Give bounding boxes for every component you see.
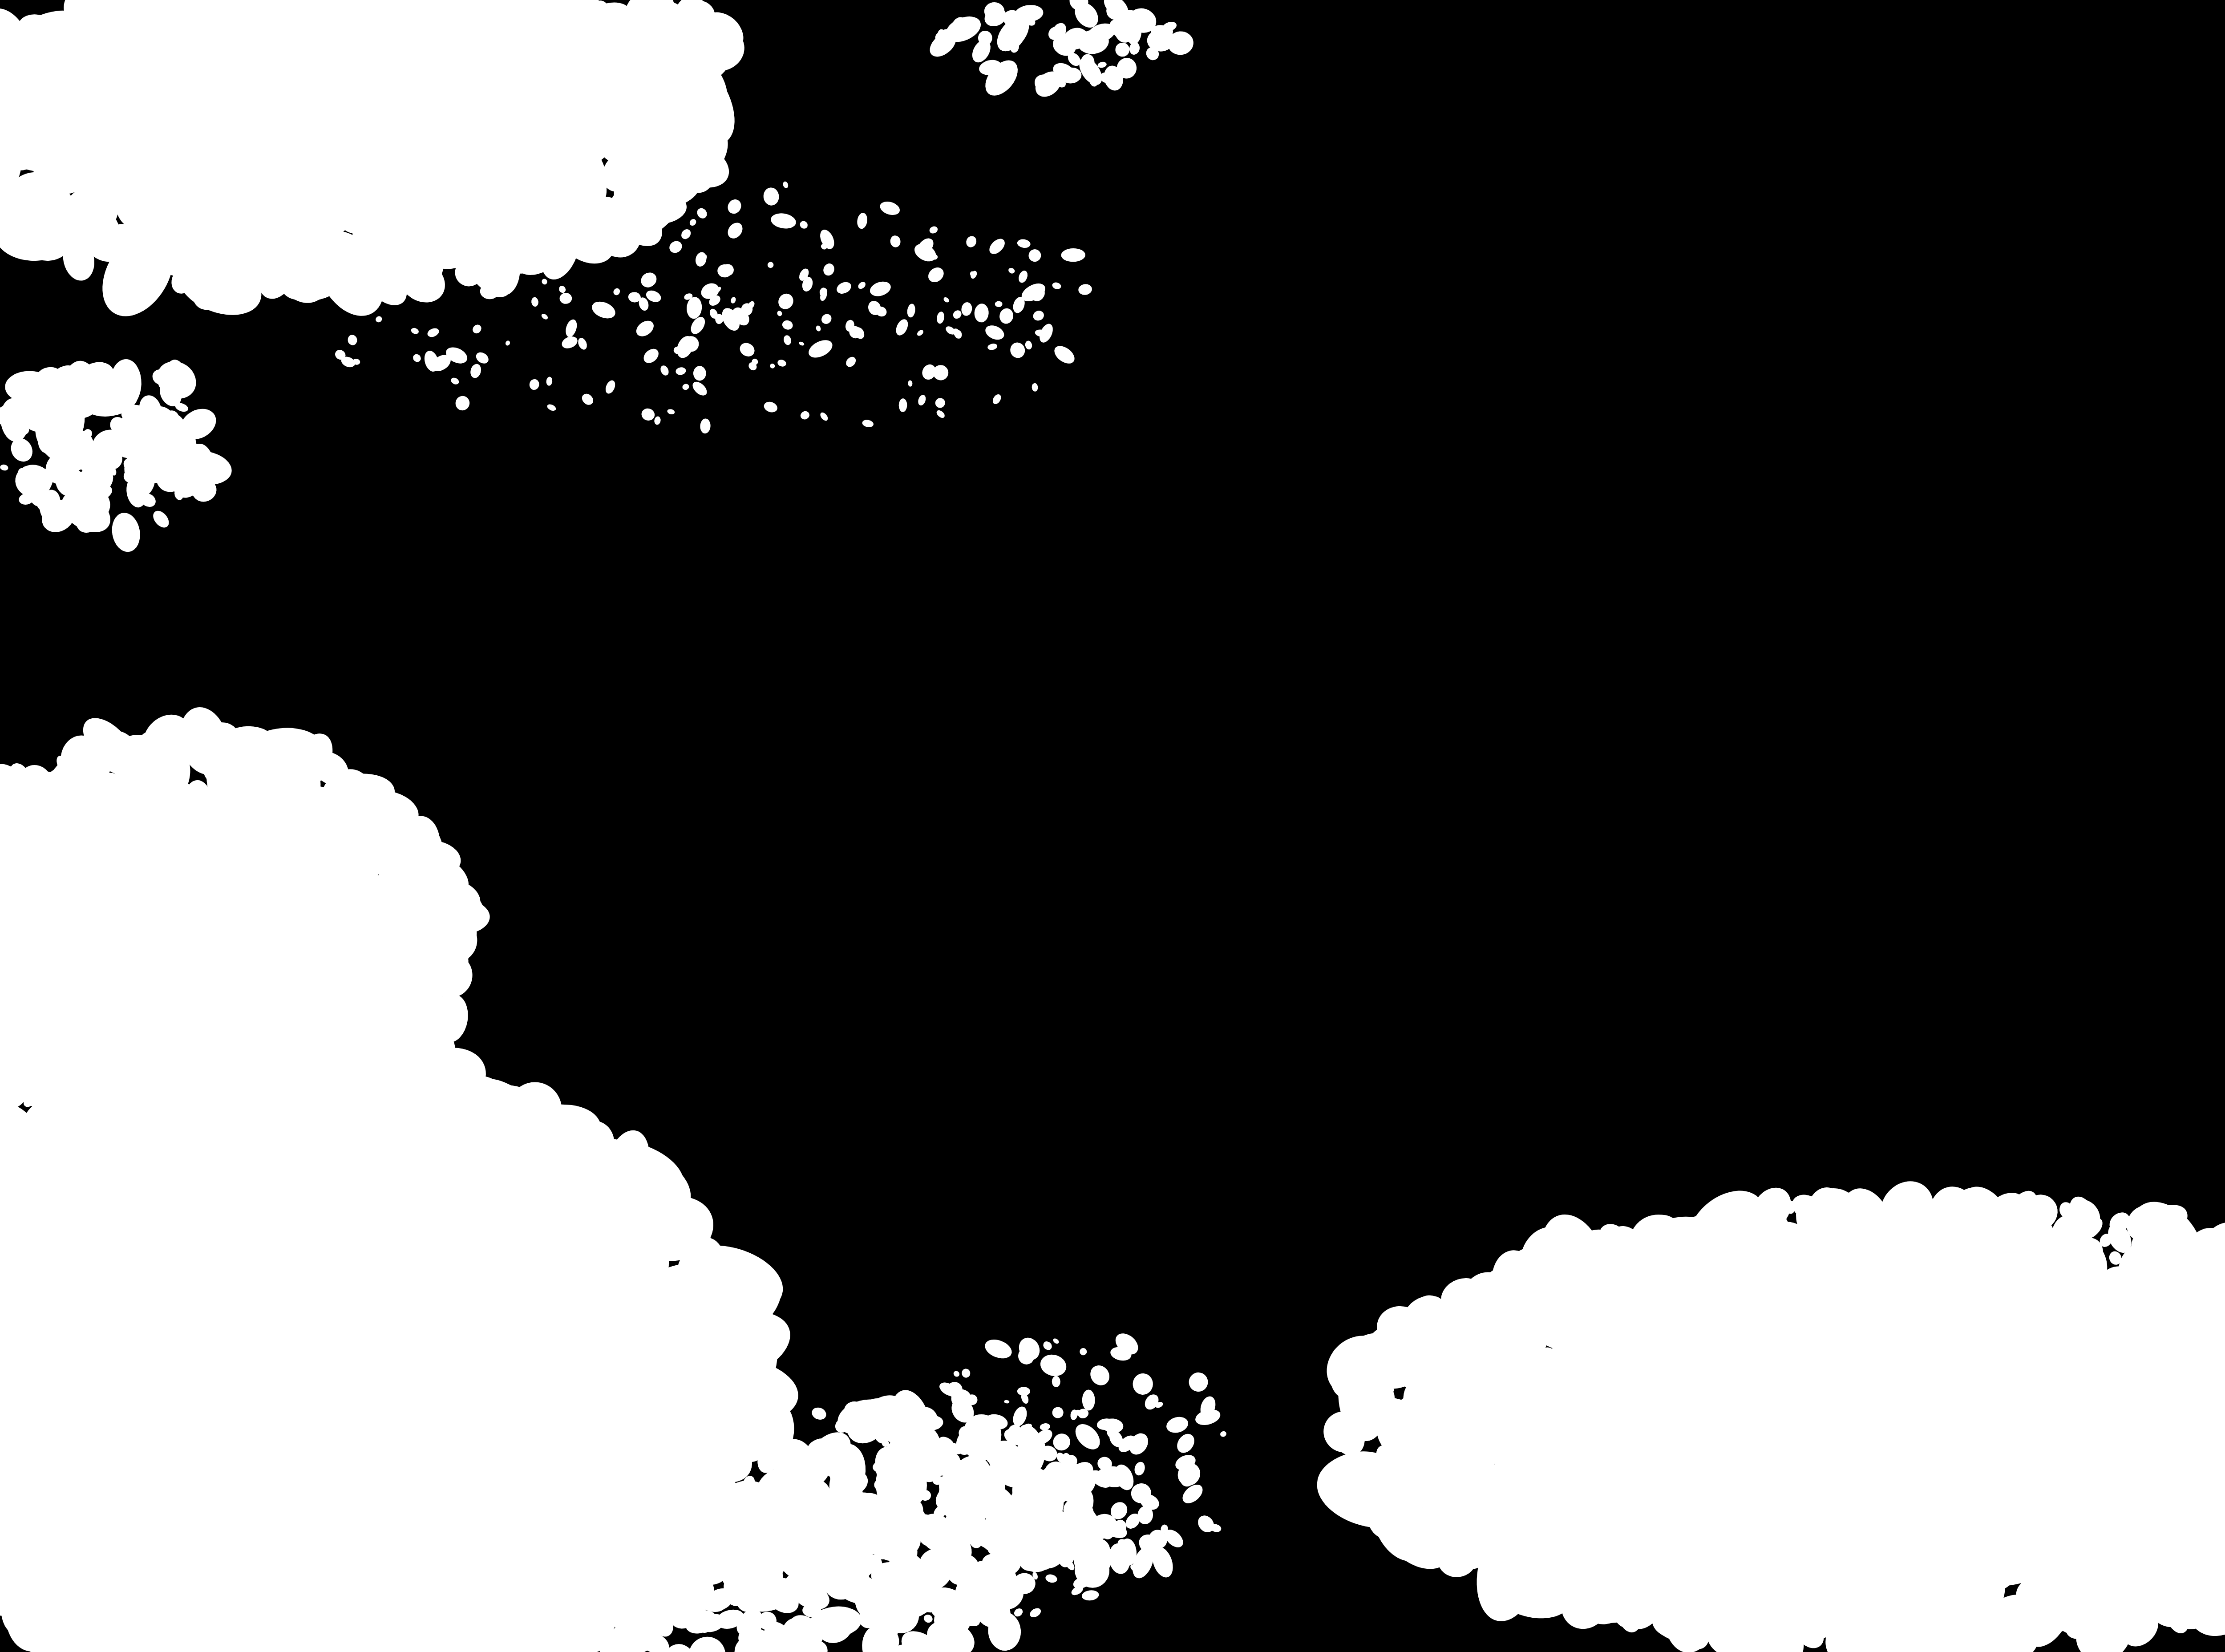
photo-scene <box>0 0 2225 1652</box>
monochrome-texture-photo <box>0 0 2225 1652</box>
